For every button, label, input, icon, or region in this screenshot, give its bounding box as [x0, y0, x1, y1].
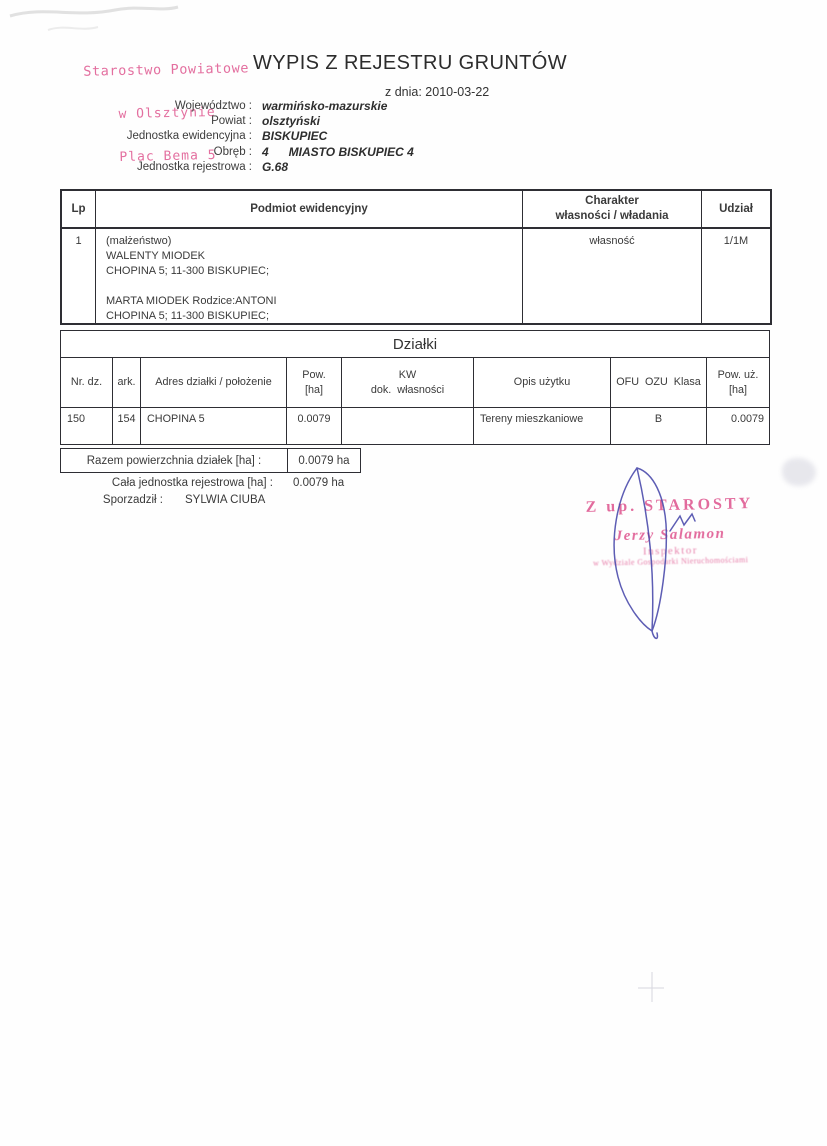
metadata-block: Województwo : warmińsko-mazurskie Powiat… [60, 98, 414, 175]
metadata-value: olsztyński [262, 114, 320, 128]
whole-unit-area-value: 0.0079 ha [293, 477, 344, 489]
parcels-cell-nr-dz: 150 [61, 408, 113, 444]
parcels-header-opis: Opis użytku [474, 358, 611, 408]
metadata-label: Powiat : [60, 115, 252, 127]
parcels-cell-adres: CHOPINA 5 [141, 408, 287, 444]
scanned-document-page: Starostwo Powiatowe w Olsztynie Plac Bem… [0, 0, 827, 1146]
parcels-table-title: Działki [61, 331, 769, 358]
metadata-value: 4 MIASTO BISKUPIEC 4 [262, 145, 414, 159]
prepared-by-label: Sporzadził : [60, 494, 163, 506]
deputy-signature-stamp: Z up. STAROSTY Jerzy Salamon Inspektor w… [569, 495, 771, 569]
parcels-cell-ofu-ozu-klasa: B [611, 408, 707, 444]
parcels-cell-pow: 0.0079 [287, 408, 342, 444]
prepared-by-value: SYLWIA CIUBA [185, 494, 265, 506]
metadata-row-jednostka-rejestrowa: Jednostka rejestrowa : G.68 [60, 160, 414, 175]
owners-cell-udzial: 1/1M [702, 229, 770, 323]
metadata-row-powiat: Powiat : olsztyński [60, 113, 414, 128]
stamp-authority-line: Z up. STAROSTY [569, 495, 769, 518]
document-date: z dnia: 2010-03-22 [385, 85, 489, 99]
metadata-value: BISKUPIEC [262, 129, 327, 143]
parcels-header-ofu-ozu-klasa: OFU OZU Klasa [611, 358, 707, 408]
document-title: WYPIS Z REJESTRU GRUNTÓW [230, 52, 590, 75]
parcels-header-nr-dz: Nr. dz. [61, 358, 113, 408]
whole-unit-area-label: Cała jednostka rejestrowa [ha] : [60, 477, 273, 489]
metadata-value: warmińsko-mazurskie [262, 99, 387, 113]
total-parcel-area-label: Razem powierzchnia działek [ha] : [61, 449, 287, 472]
metadata-label: Obręb : [60, 146, 252, 158]
parcels-cell-pow-uz: 0.0079 [707, 408, 769, 444]
parcels-cell-ark: 154 [113, 408, 141, 444]
owners-table: Lp Podmiot ewidencyjny Charakter własnoś… [60, 189, 772, 325]
parcels-header-kw: KW dok. własności [342, 358, 474, 408]
metadata-row-wojewodztwo: Województwo : warmińsko-mazurskie [60, 98, 414, 113]
metadata-label: Jednostka rejestrowa : [60, 161, 252, 173]
parcels-header-pow-uz: Pow. uż. [ha] [707, 358, 769, 408]
total-parcel-area-box: Razem powierzchnia działek [ha] : 0.0079… [60, 448, 361, 473]
owners-cell-lp: 1 [62, 229, 96, 323]
owners-header-lp: Lp [62, 191, 96, 229]
owners-cell-podmiot: (małżeństwo) WALENTY MIODEK CHOPINA 5; 1… [96, 229, 523, 323]
parcels-header-ark: ark. [113, 358, 141, 408]
parcels-header-pow: Pow. [ha] [287, 358, 342, 408]
owners-header-charakter: Charakter własności / władania [523, 191, 702, 229]
parcels-cell-opis: Tereny mieszkaniowe [474, 408, 611, 444]
owners-cell-charakter: własność [523, 229, 702, 323]
metadata-label: Jednostka ewidencyjna : [60, 130, 252, 142]
owners-header-podmiot: Podmiot ewidencyjny [96, 191, 523, 229]
total-parcel-area-value: 0.0079 ha [287, 449, 360, 472]
parcels-table: Działki Nr. dz. ark. Adres działki / poł… [60, 330, 770, 445]
metadata-row-obreb: Obręb : 4 MIASTO BISKUPIEC 4 [60, 144, 414, 159]
owners-header-udzial: Udział [702, 191, 770, 229]
parcels-cell-kw [342, 408, 474, 444]
scan-ink-blob-artifact [782, 458, 816, 486]
metadata-label: Województwo : [60, 100, 252, 112]
metadata-row-jednostka-ewidencyjna: Jednostka ewidencyjna : BISKUPIEC [60, 129, 414, 144]
parcels-header-adres: Adres działki / położenie [141, 358, 287, 408]
metadata-value: G.68 [262, 160, 288, 174]
